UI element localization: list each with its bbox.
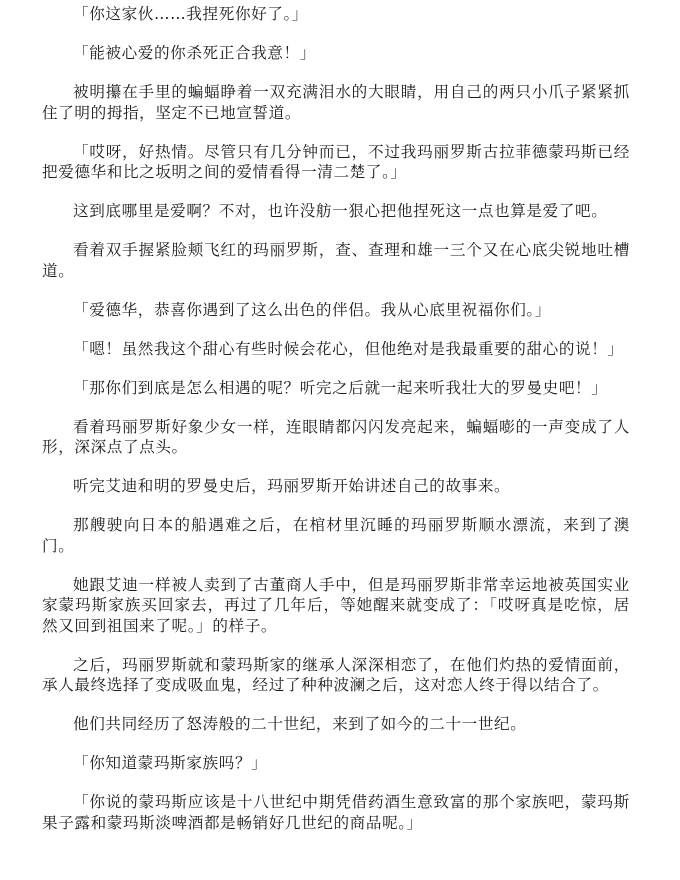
paragraph-narration: 他们共同经历了怒涛般的二十世纪，来到了如今的二十一世纪。 — [42, 714, 630, 735]
paragraph-narration: 看着玛丽罗斯好象少女一样，连眼睛都闪闪发亮起来，蝙蝠嘭的一声变成了人形，深深点了… — [42, 417, 630, 458]
paragraph-narration: 听完艾迪和明的罗曼史后，玛丽罗斯开始讲述自己的故事来。 — [42, 476, 630, 497]
paragraph-narration: 看着双手握紧脸颊飞红的玛丽罗斯，查、查理和雄一三个又在心底尖锐地吐槽道。 — [42, 240, 630, 281]
paragraph-narration: 那艘驶向日本的船遇难之后，在棺材里沉睡的玛丽罗斯顺水漂流，来到了澳门。 — [42, 515, 630, 556]
paragraph-dialog: 「能被心爱的你杀死正合我意！」 — [42, 43, 630, 64]
paragraph-dialog: 「嗯！虽然我这个甜心有些时候会花心，但他绝对是我最重要的甜心的说！」 — [42, 339, 630, 360]
paragraph-narration: 被明攥在手里的蝙蝠睁着一双充满泪水的大眼睛，用自己的两只小爪子紧紧抓住了明的拇指… — [42, 82, 630, 123]
paragraph-dialog: 「那你们到底是怎么相遇的呢？听完之后就一起来听我壮大的罗曼史吧！」 — [42, 378, 630, 399]
paragraph-dialog: 「爱德华，恭喜你遇到了这么出色的伴侣。我从心底里祝福你们。」 — [42, 300, 630, 321]
paragraph-dialog: 「你这家伙……我捏死你好了。」 — [42, 4, 630, 25]
paragraph-narration: 这到底哪里是爱啊？不对，也许没舫一狠心把他捏死这一点也算是爱了吧。 — [42, 201, 630, 222]
document-page: 「你这家伙……我捏死你好了。」 「能被心爱的你杀死正合我意！」 被明攥在手里的蝙… — [42, 4, 630, 852]
paragraph-narration: 之后，玛丽罗斯就和蒙玛斯家的继承人深深相恋了，在他们灼热的爱情面前，承人最终选择… — [42, 655, 630, 696]
paragraph-dialog: 「你说的蒙玛斯应该是十八世纪中期凭借药酒生意致富的那个家族吧，蒙玛斯果子露和蒙玛… — [42, 792, 630, 833]
paragraph-narration: 她跟艾迪一样被人卖到了古董商人手中，但是玛丽罗斯非常幸运地被英国实业家蒙玛斯家族… — [42, 575, 630, 637]
paragraph-dialog: 「你知道蒙玛斯家族吗？」 — [42, 753, 630, 774]
paragraph-dialog: 「哎呀，好热情。尽管只有几分钟而已，不过我玛丽罗斯古拉菲德蒙玛斯已经把爱德华和比… — [42, 142, 630, 183]
